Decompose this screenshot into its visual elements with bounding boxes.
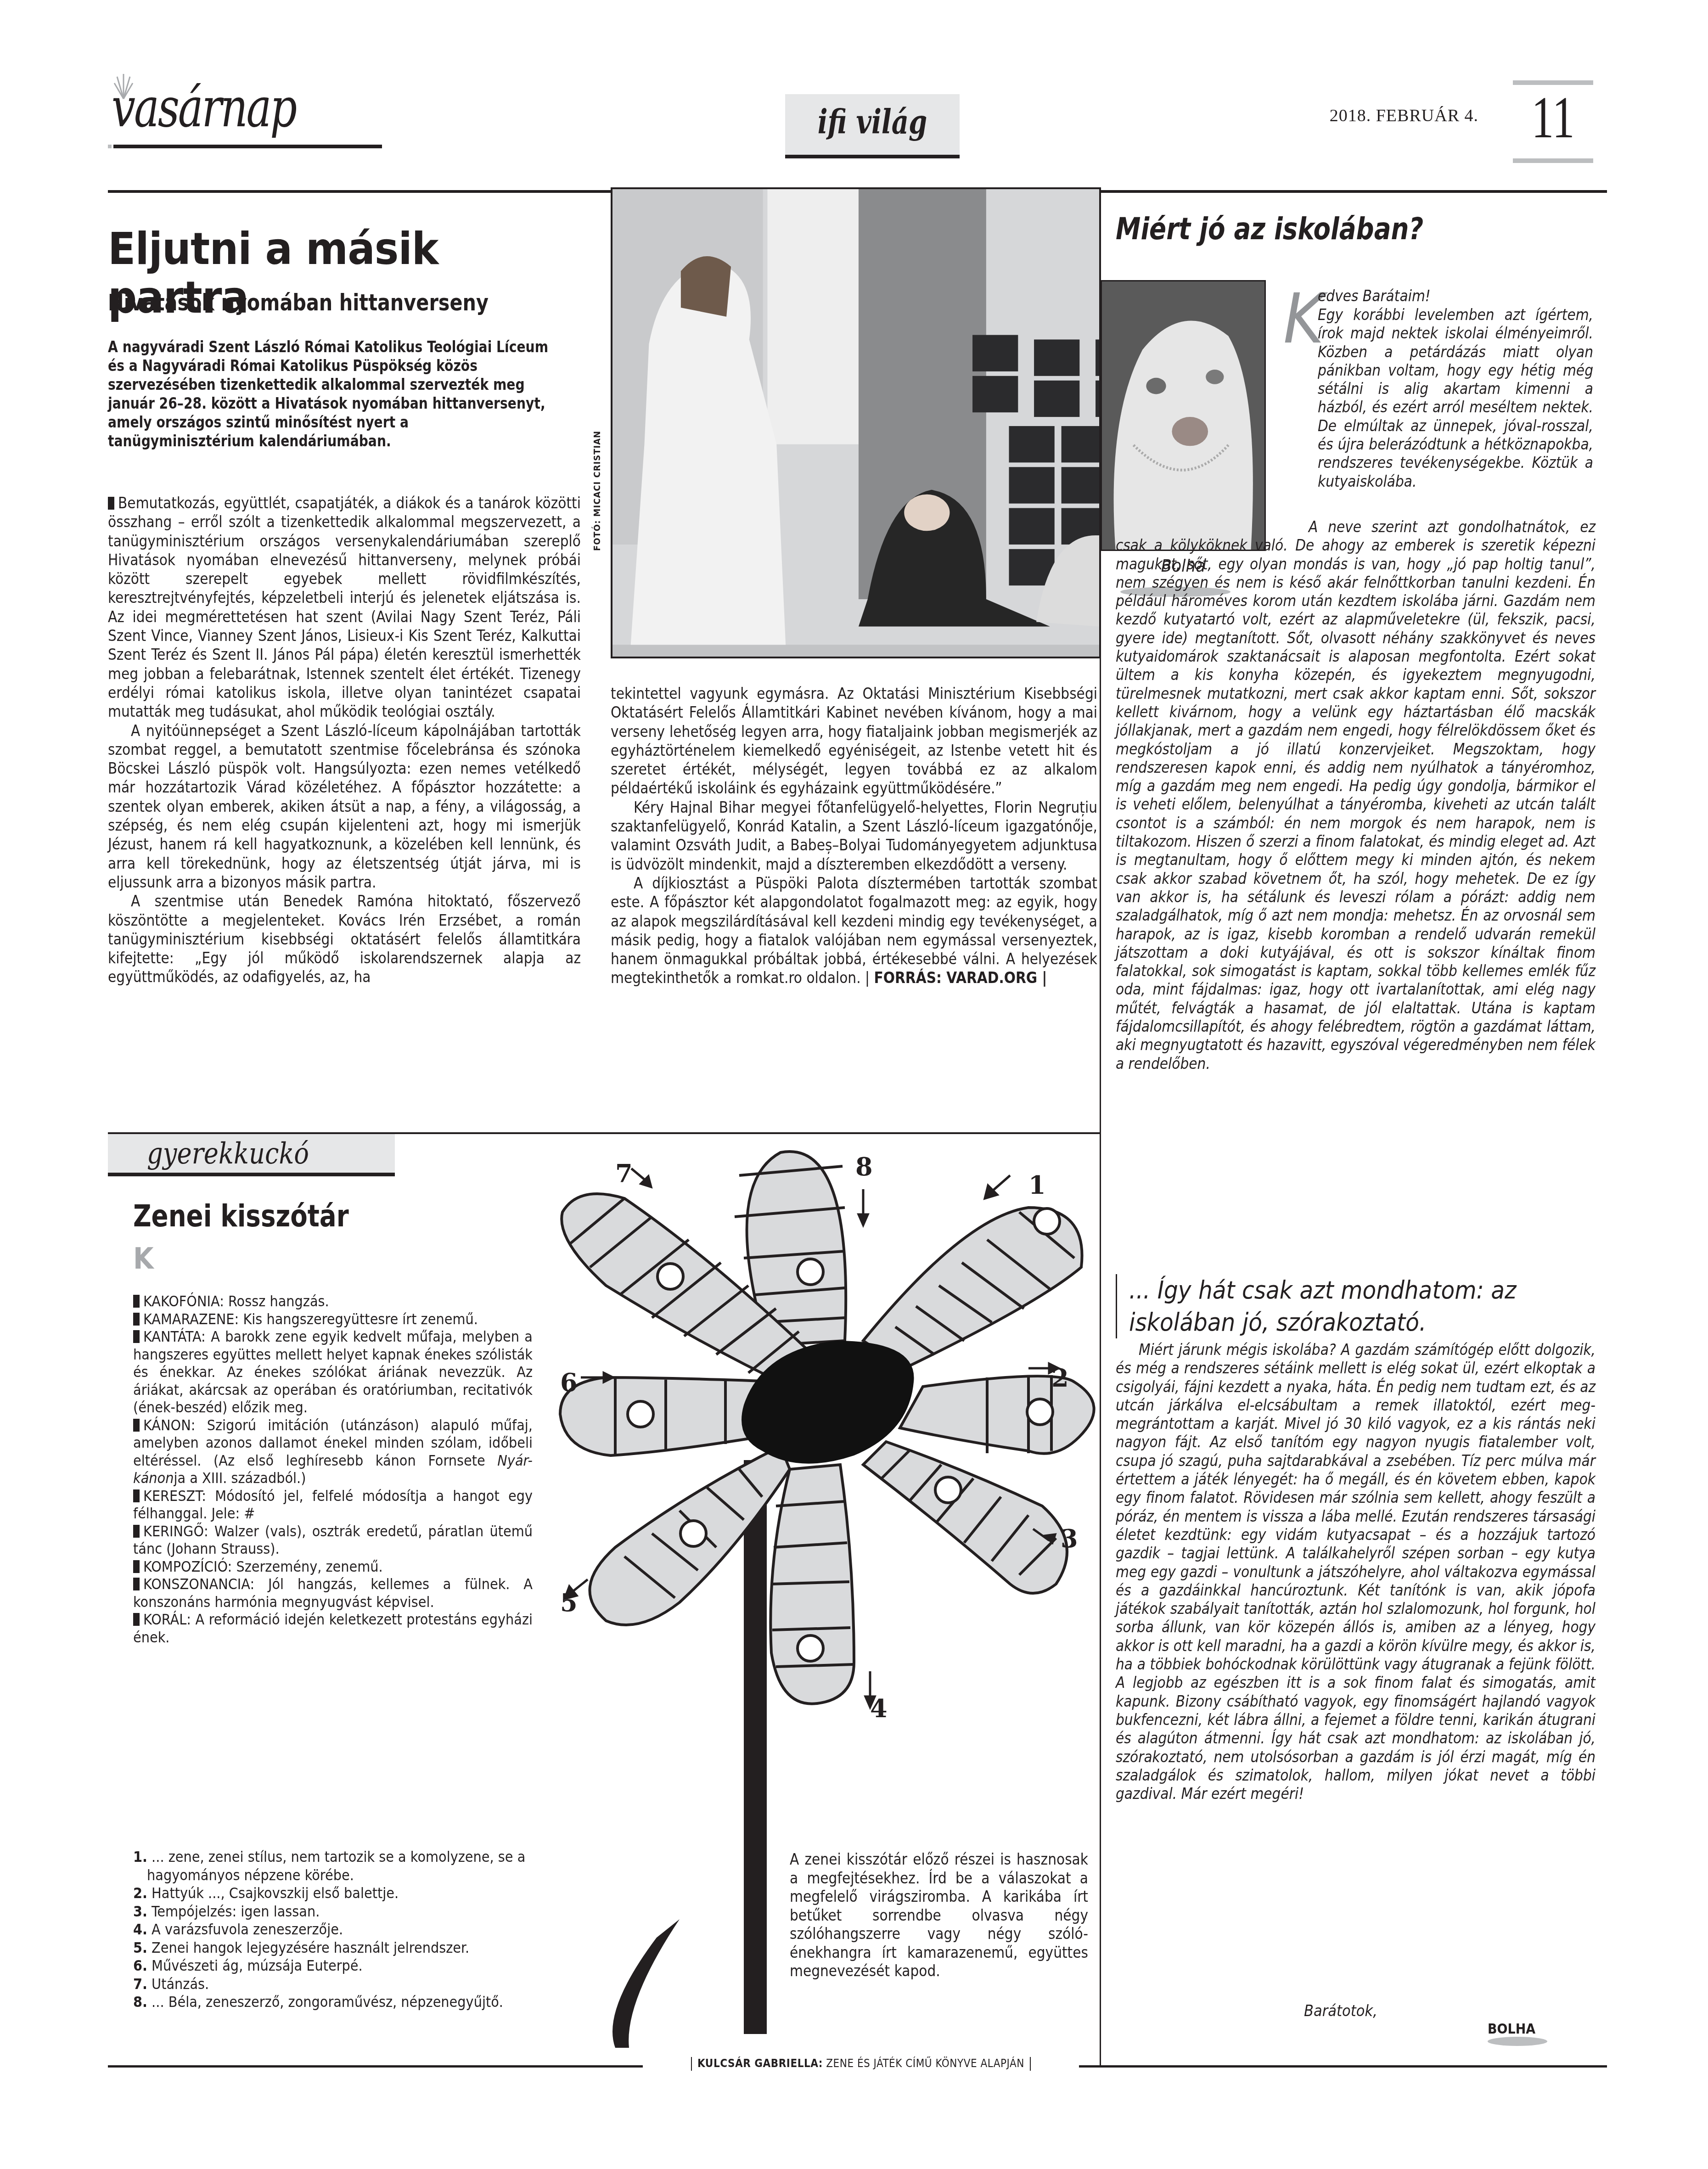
petal-3[interactable] [863, 1442, 1067, 1593]
letter-paragraph-2: A neve szerint azt gondolhatnátok, ez cs… [1116, 518, 1596, 1073]
letter-paragraph-1: Egy korábbi levelemben azt ígértem, írok… [1318, 306, 1593, 491]
dictionary-title: Zenei kisszótár [133, 1198, 349, 1234]
answer-circle[interactable] [935, 1477, 961, 1503]
petal-label-6: 6 [560, 1368, 578, 1397]
entry-marker-icon [133, 1330, 140, 1343]
paragraph-marker-icon [108, 497, 114, 510]
article-paragraph: Bemutatkozás, együttlét, csapatjáték, a … [108, 494, 581, 721]
entry-marker-icon [133, 1489, 140, 1502]
credit-divider [691, 2057, 692, 2071]
letter-paragraph-3: Miért járunk mégis iskolába? A gazdám sz… [1116, 1341, 1596, 1803]
logo-underline [113, 145, 382, 148]
flower-leaf [612, 1919, 680, 2048]
dictionary-entry: KÁNON: Szigorú imitáción (utánzáson) ala… [133, 1416, 533, 1487]
dictionary-entries: KAKOFÓNIA: Rossz hangzás. KAMARAZENE: Ki… [133, 1292, 533, 1646]
article-lead: A nagyváradi Szent László Római Katoliku… [108, 337, 557, 450]
dog-portrait-image [1102, 281, 1264, 550]
dictionary-entry: KANTÁTA: A barokk zene egyik kedvelt műf… [133, 1328, 533, 1416]
dog-photo [1101, 280, 1266, 551]
answer-circle[interactable] [798, 1259, 823, 1285]
answer-circle[interactable] [1034, 1208, 1060, 1234]
logo-underline-accent [108, 145, 112, 148]
credit-divider [1030, 2057, 1031, 2071]
flower-stem [744, 1460, 767, 2034]
logo-wordmark: vasárnap [112, 80, 296, 135]
letter-paragraph: A neve szerint azt gondolhatnátok, ez cs… [1116, 518, 1596, 1073]
petal-4[interactable] [770, 1465, 854, 1704]
article-source: FORRÁS: VARAD.ORG | [874, 969, 1047, 987]
entry-marker-icon [133, 1419, 140, 1432]
petal-label-1: 1 [1028, 1170, 1046, 1200]
article-body-column-2: tekintettel vagyunk egymásra. Az Oktatás… [611, 684, 1097, 988]
answer-circle[interactable] [628, 1401, 653, 1427]
petal-label-3: 3 [1061, 1524, 1078, 1553]
entry-marker-icon [133, 1295, 140, 1308]
dictionary-entry: KERESZT: Módosító jel, felfelé módosítja… [133, 1487, 533, 1523]
flower-crossword-puzzle: 8 1 2 3 4 5 6 7 [505, 1148, 1102, 2048]
dictionary-letter: K [133, 1242, 154, 1276]
answer-circle[interactable] [1027, 1399, 1053, 1425]
entry-marker-icon [133, 1313, 140, 1326]
answer-circle[interactable] [798, 1635, 823, 1661]
article-photo [611, 187, 1101, 658]
kids-corner-label: gyerekkuckó [147, 1137, 309, 1171]
petal-label-8: 8 [855, 1152, 873, 1181]
page-number: 11 [1513, 80, 1593, 163]
credit-author: KULCSÁR GABRIELLA: [697, 2057, 823, 2070]
dictionary-entry: KAKOFÓNIA: Rossz hangzás. [133, 1292, 533, 1310]
letter-signoff: Barátotok, [1304, 2002, 1377, 2020]
letter-signature: BOLHA [1488, 2021, 1535, 2037]
entry-marker-icon [133, 1560, 140, 1573]
stage-scene-image [612, 189, 1099, 657]
article-paragraph: A szentmise után Benedek Ramóna hitoktat… [108, 892, 581, 986]
answer-circle[interactable] [680, 1521, 706, 1546]
petal-label-7: 7 [615, 1159, 633, 1188]
article-subtitle: Hivatások nyomában hittanverseny [108, 289, 564, 316]
letter-paragraph: Egy korábbi levelemben azt ígértem, írok… [1318, 306, 1593, 491]
page-number-value: 11 [1523, 88, 1583, 147]
arrow-down-icon [859, 1214, 868, 1225]
dictionary-entry: KONSZONANCIA: Jól hangzás, kellemes a fü… [133, 1575, 533, 1611]
article-paragraph: A díjkiosztást a Püspöki Palota díszterm… [611, 874, 1097, 988]
signature-oval-decoration [1488, 2037, 1547, 2046]
source-credit: KULCSÁR GABRIELLA: ZENE ÉS JÁTÉK CÍMŰ KÖ… [643, 2057, 1079, 2075]
section-tag: ifi világ [785, 94, 960, 158]
letter-title: Miért jó az iskolában? [1116, 211, 1563, 247]
petal-1[interactable] [863, 1208, 1082, 1368]
pull-quote: ... Így hát csak azt mondhatom: az iskol… [1116, 1274, 1593, 1338]
newspaper-logo: vasárnap [108, 76, 383, 158]
article-body-column-1: Bemutatkozás, együttlét, csapatjáték, a … [108, 494, 581, 987]
dictionary-entry: KOMPOZÍCIÓ: Szerzemény, zenemű. [133, 1558, 533, 1576]
greeting-line: edves Barátaim! [1318, 287, 1593, 305]
section-name: ifi világ [803, 102, 942, 141]
photo-credit-text: FOTÓ: MICACI CRISTIAN [591, 431, 602, 551]
entry-marker-icon [133, 1525, 140, 1538]
article-paragraph: A nyitóünnepséget a Szent László-líceum … [108, 721, 581, 892]
entry-marker-icon [133, 1613, 140, 1626]
letter-paragraph: Miért járunk mégis iskolába? A gazdám sz… [1116, 1341, 1596, 1803]
dictionary-entry: KERINGŐ: Walzer (vals), osztrák eredetű,… [133, 1523, 533, 1558]
dictionary-entry: KAMARAZENE: Kis hangszeregyüttesre írt z… [133, 1310, 533, 1328]
kids-corner-tag: gyerekkuckó [108, 1134, 395, 1176]
answer-circle[interactable] [657, 1264, 683, 1289]
letter-greeting: edves Barátaim! [1318, 287, 1593, 305]
entry-marker-icon [133, 1578, 140, 1590]
dictionary-entry: KORÁL: A reformáció idején keletkezett p… [133, 1611, 533, 1646]
credit-text: ZENE ÉS JÁTÉK CÍMŰ KÖNYVE ALAPJÁN [826, 2057, 1024, 2070]
article-paragraph: Kéry Hajnal Bihar megyei főtanfelügyelő-… [611, 798, 1097, 874]
issue-date: 2018. FEBRUÁR 4. [1313, 106, 1478, 126]
article-paragraph: tekintettel vagyunk egymásra. Az Oktatás… [611, 684, 1097, 798]
